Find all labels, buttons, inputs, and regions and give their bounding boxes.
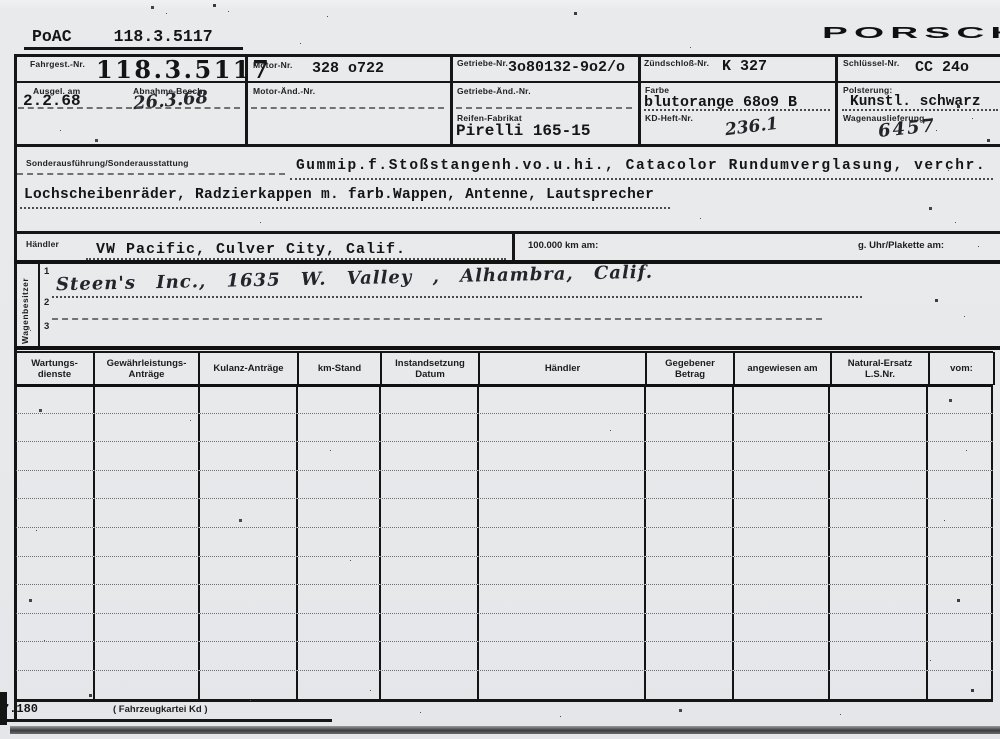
table-cell — [646, 471, 734, 499]
value-underline — [20, 207, 670, 209]
reference-underline — [24, 47, 243, 50]
car-delivery-value: 6457 — [877, 115, 937, 142]
chassis-number-label: Fahrgest.-Nr. — [30, 59, 85, 69]
table-row — [16, 585, 993, 614]
table-cell — [928, 442, 993, 470]
service-book-number-label: KD-Heft-Nr. — [645, 113, 693, 123]
table-cell — [16, 385, 95, 413]
table-row — [16, 442, 993, 471]
owner-strip-border — [38, 263, 40, 347]
table-cell — [381, 442, 479, 470]
table-row — [16, 385, 993, 414]
table-cell — [200, 671, 299, 700]
table-cell — [734, 642, 831, 670]
table-cell — [381, 671, 479, 700]
col-header-natural-ersatz: Natural-ErsatzL.S.Nr. — [832, 352, 930, 385]
table-cell — [16, 499, 95, 527]
table-cell — [646, 614, 734, 642]
table-cell — [16, 414, 95, 442]
table-cell — [734, 385, 831, 413]
table-cell — [381, 528, 479, 556]
col-header-line: Natural-Ersatz — [848, 358, 912, 369]
grid-line — [450, 54, 453, 145]
table-cell — [381, 499, 479, 527]
table-cell — [95, 528, 200, 556]
col-header-line: vom: — [950, 363, 973, 374]
table-cell — [95, 671, 200, 700]
table-cell — [298, 471, 381, 499]
reference-prefix: PoAC — [32, 27, 72, 46]
label-underline-dashes — [17, 173, 285, 175]
table-cell — [928, 528, 993, 556]
table-cell — [734, 557, 831, 585]
table-cell — [479, 528, 646, 556]
table-cell — [830, 471, 928, 499]
table-cell — [16, 442, 95, 470]
table-cell — [646, 528, 734, 556]
table-cell — [381, 471, 479, 499]
table-top-border — [14, 346, 1000, 350]
table-cell — [95, 557, 200, 585]
col-header-instandsetzung: InstandsetzungDatum — [382, 352, 480, 385]
table-cell — [200, 585, 299, 613]
table-cell — [298, 442, 381, 470]
porsche-logo: PORSCHE — [822, 24, 1000, 42]
grid-line — [512, 231, 515, 261]
table-cell — [928, 557, 993, 585]
table-cell — [95, 442, 200, 470]
table-cell — [298, 642, 381, 670]
table-cell — [479, 585, 646, 613]
ignition-lock-number-label: Zündschloß-Nr. — [644, 58, 709, 68]
section-divider-thick — [14, 260, 1000, 264]
scan-edge-left — [0, 692, 7, 725]
owner-row1-number: 1 — [44, 266, 49, 277]
table-cell — [381, 557, 479, 585]
table-cell — [200, 442, 299, 470]
col-header-line: Händler — [545, 363, 580, 374]
table-cell — [830, 585, 928, 613]
noise-speck-layer — [0, 0, 1, 1]
table-cell — [381, 385, 479, 413]
table-cell — [298, 614, 381, 642]
blank-field-dashes — [18, 107, 240, 109]
table-cell — [734, 671, 831, 700]
tire-brand-value: Pirelli 165-15 — [456, 122, 590, 140]
table-cell — [200, 614, 299, 642]
table-cell — [298, 585, 381, 613]
table-cell — [200, 499, 299, 527]
owner-row3-number: 3 — [44, 321, 49, 332]
key-number-value: CC 24o — [915, 59, 969, 76]
table-cell — [734, 528, 831, 556]
col-header-line: Anträge — [129, 369, 165, 380]
table-cell — [16, 557, 95, 585]
table-cell — [479, 642, 646, 670]
engine-number-label: Motor-Nr. — [253, 60, 293, 70]
key-number-label: Schlüssel-Nr. — [843, 58, 899, 68]
table-cell — [646, 671, 734, 700]
table-cell — [734, 499, 831, 527]
table-cell — [479, 499, 646, 527]
table-cell — [200, 414, 299, 442]
upholstery-value: Kunstl. schwarz — [850, 94, 981, 110]
dealer-label: Händler — [26, 239, 59, 249]
table-cell — [830, 671, 928, 700]
clock-badge-label: g. Uhr/Plakette am: — [858, 240, 944, 251]
table-row — [16, 471, 993, 500]
table-row — [16, 642, 993, 671]
table-cell — [16, 642, 95, 670]
table-cell — [298, 671, 381, 700]
table-cell — [646, 585, 734, 613]
table-cell — [95, 499, 200, 527]
grid-line — [835, 54, 838, 145]
table-cell — [928, 642, 993, 670]
table-cell — [95, 642, 200, 670]
gearbox-change-number-label: Getriebe-Änd.-Nr. — [457, 86, 531, 96]
table-cell — [200, 385, 299, 413]
value-underline — [644, 109, 830, 111]
col-header-km-stand: km-Stand — [299, 352, 382, 385]
special-equipment-line1: Gummip.f.Stoßstangenh.vo.u.hi., Catacolo… — [296, 158, 986, 174]
owner-row2-underline — [52, 318, 822, 320]
col-header-gewaehrleistung: Gewährleistungs-Anträge — [95, 352, 200, 385]
table-cell — [16, 671, 95, 700]
special-equipment-line2: Lochscheibenräder, Radzierkappen m. farb… — [24, 187, 654, 203]
table-cell — [16, 585, 95, 613]
table-cell — [95, 614, 200, 642]
reference-line: PoAC118.3.5117 — [32, 27, 213, 46]
table-row — [16, 614, 993, 643]
table-row — [16, 528, 993, 557]
col-header-vom: vom: — [930, 352, 995, 385]
table-cell — [479, 614, 646, 642]
value-underline — [842, 109, 998, 111]
table-cell — [830, 528, 928, 556]
table-row — [16, 499, 993, 528]
table-cell — [381, 642, 479, 670]
reference-number: 118.3.5117 — [114, 27, 213, 46]
table-cell — [928, 499, 993, 527]
gearbox-number-label: Getriebe-Nr. — [457, 58, 508, 68]
table-cell — [734, 442, 831, 470]
form-name: ( Fahrzeugkartei Kd ) — [113, 704, 208, 715]
blank-field-dashes — [251, 107, 444, 109]
table-cell — [734, 614, 831, 642]
table-cell — [479, 442, 646, 470]
col-header-line: Betrag — [675, 369, 705, 380]
owner-row1-underline — [52, 296, 862, 298]
table-cell — [95, 385, 200, 413]
table-cell — [830, 414, 928, 442]
table-cell — [830, 557, 928, 585]
table-cell — [298, 385, 381, 413]
table-cell — [95, 471, 200, 499]
col-header-haendler: Händler — [480, 352, 647, 385]
table-cell — [830, 442, 928, 470]
col-header-line: Gegebener — [665, 358, 715, 369]
table-cell — [200, 642, 299, 670]
col-header-line: L.S.Nr. — [865, 369, 895, 380]
table-cell — [298, 557, 381, 585]
table-cell — [479, 471, 646, 499]
table-cell — [928, 585, 993, 613]
grid-line — [638, 54, 641, 145]
col-header-line: Datum — [415, 369, 445, 380]
col-header-line: Wartungs- — [31, 358, 78, 369]
engine-change-number-label: Motor-Änd.-Nr. — [253, 86, 315, 96]
table-cell — [16, 614, 95, 642]
special-equipment-label: Sonderausführung/Sonderausstattung — [26, 158, 189, 168]
table-cell — [928, 471, 993, 499]
table-cell — [381, 614, 479, 642]
table-cell — [200, 528, 299, 556]
service-book-number-value: 236.1 — [724, 114, 779, 140]
table-cell — [95, 414, 200, 442]
scan-edge-bottom — [10, 726, 1000, 734]
table-cell — [298, 414, 381, 442]
footer-underline — [6, 719, 332, 722]
table-cell — [734, 414, 831, 442]
km-100000-label: 100.000 km am: — [528, 240, 598, 251]
table-cell — [200, 557, 299, 585]
table-row — [16, 414, 993, 443]
dealer-value: VW Pacific, Culver City, Calif. — [96, 241, 406, 258]
owner-row1-value: Steen's Inc., 1635 W. Valley , Alhambra,… — [56, 262, 653, 295]
gearbox-number-value: 3o80132-9o2/o — [508, 59, 625, 76]
section-divider — [14, 231, 1000, 234]
scanned-vehicle-card: PoAC118.3.5117 PORSCHE Fahrgest.-Nr. 118… — [0, 0, 1000, 739]
col-header-line: Instandsetzung — [395, 358, 465, 369]
value-underline — [290, 178, 993, 180]
col-header-angewiesen-am: angewiesen am — [735, 352, 832, 385]
table-cell — [830, 614, 928, 642]
table-body — [14, 385, 993, 700]
table-cell — [928, 385, 993, 413]
table-cell — [298, 528, 381, 556]
table-cell — [928, 671, 993, 700]
table-cell — [734, 471, 831, 499]
col-header-line: dienste — [38, 369, 71, 380]
table-cell — [830, 385, 928, 413]
table-cell — [479, 671, 646, 700]
table-cell — [16, 528, 95, 556]
table-cell — [298, 499, 381, 527]
owner-row2-number: 2 — [44, 297, 49, 308]
table-cell — [646, 414, 734, 442]
col-header-wartungsdienste: Wartungs-dienste — [16, 352, 95, 385]
ignition-lock-number-value: K 327 — [722, 58, 767, 75]
col-header-line: Gewährleistungs- — [107, 358, 187, 369]
form-number: 7.180 — [2, 702, 38, 716]
table-cell — [479, 557, 646, 585]
table-cell — [646, 557, 734, 585]
table-cell — [928, 614, 993, 642]
grid-line — [14, 144, 1000, 147]
table-cell — [646, 499, 734, 527]
table-cell — [646, 642, 734, 670]
engine-number-value: 328 o722 — [312, 60, 384, 77]
table-cell — [200, 471, 299, 499]
table-cell — [830, 642, 928, 670]
table-cell — [95, 585, 200, 613]
chassis-number-value: 118.3.5117 — [96, 55, 271, 84]
table-cell — [479, 414, 646, 442]
table-bottom-border — [14, 699, 993, 702]
table-row — [16, 557, 993, 586]
table-cell — [646, 442, 734, 470]
table-cell — [928, 414, 993, 442]
table-header-row: Wartungs-dienste Gewährleistungs-Anträge… — [14, 352, 995, 385]
table-row — [16, 671, 993, 700]
col-header-line: angewiesen am — [747, 363, 817, 374]
table-cell — [646, 385, 734, 413]
table-cell — [381, 414, 479, 442]
table-cell — [479, 385, 646, 413]
table-cell — [16, 471, 95, 499]
col-header-line: km-Stand — [318, 363, 361, 374]
col-header-kulanz: Kulanz-Anträge — [200, 352, 299, 385]
table-cell — [830, 499, 928, 527]
table-cell — [381, 585, 479, 613]
col-header-line: Kulanz-Anträge — [213, 363, 283, 374]
table-cell — [734, 585, 831, 613]
blank-field-dashes — [456, 107, 632, 109]
col-header-gegebener-betrag: GegebenerBetrag — [647, 352, 735, 385]
owner-section-label: Wagenbesitzer — [20, 268, 30, 344]
